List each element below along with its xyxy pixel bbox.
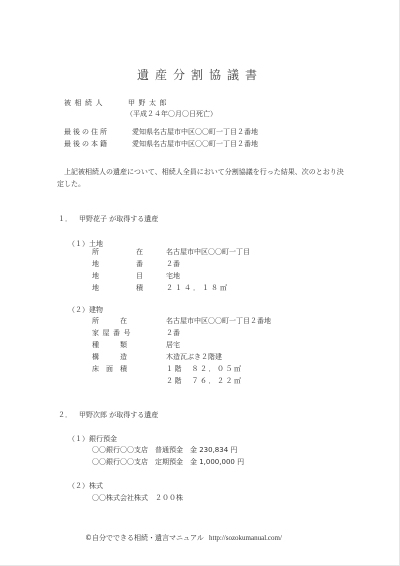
land-label-a: 所 (92, 247, 99, 258)
domicile-label: 最後の本籍 (64, 140, 109, 149)
building-value: １階 ８２．０５㎡ (166, 364, 243, 375)
stocks-heading: （２）株式 (68, 482, 103, 491)
building-value: ２番 (166, 328, 180, 339)
land-row: 地 目 宅地 (92, 271, 292, 282)
land-label-a: 地 (92, 259, 99, 270)
land-value: ２１４．１８㎡ (166, 283, 229, 294)
land-value: 名古屋市中区〇〇町一丁目 (166, 247, 250, 258)
building-label: 所 在 (92, 316, 127, 327)
death-date-note: （平成２４年〇月〇日死亡） (126, 110, 217, 119)
deposit-item: 〇〇銀行〇〇支店 普通預金 金 230,834 円 (92, 446, 237, 455)
building-row: 種 類 居宅 (92, 340, 312, 351)
last-address-label: 最後の住所 (64, 128, 109, 137)
building-value: ２階 ７６．２２㎡ (166, 376, 243, 387)
land-label-b: 番 (136, 259, 143, 270)
building-value: 名古屋市中区〇〇町一丁目２番地 (166, 316, 271, 327)
land-value: ２番 (166, 259, 180, 270)
building-value: 木造瓦ぶき２階建 (166, 352, 222, 363)
building-value: 居宅 (166, 340, 180, 351)
building-row: 構 造 木造瓦ぶき２階建 (92, 352, 312, 363)
section-1-number: １． (58, 215, 72, 224)
footer-credit: ©自分でできる相続・遺言マニュアル (85, 534, 204, 543)
land-label-a: 地 (92, 283, 99, 294)
footer-url[interactable]: http://sozokumanual.com/ (209, 534, 282, 543)
land-label-a: 地 (92, 271, 99, 282)
preamble-line-2: 定した。 (57, 180, 85, 189)
decedent-name: 甲野太郎 (128, 99, 170, 108)
section-2-heading: 甲野次郎 が取得する遺産 (79, 411, 158, 420)
deposit-item: 〇〇銀行〇〇支店 定期預金 金 1,000,000 円 (92, 458, 244, 467)
building-label: 床 面 積 (92, 364, 127, 375)
building-row: 所 在 名古屋市中区〇〇町一丁目２番地 (92, 316, 312, 327)
building-heading: （２）建物 (68, 306, 103, 315)
section-2-number: ２． (58, 411, 72, 420)
building-label: 種 類 (92, 340, 127, 351)
building-label: 家屋番号 (92, 328, 134, 339)
preamble-line-1: 上記被相続人の遺産について、相続人全員において分割協議を行った結果、次のとおり決 (64, 168, 344, 177)
document-page: 遺産分割協議書 被相続人 甲野太郎 （平成２４年〇月〇日死亡） 最後の住所 愛知… (0, 0, 400, 566)
document-title: 遺産分割協議書 (0, 66, 400, 83)
stock-item: 〇〇株式会社株式 ２００株 (92, 494, 183, 503)
domicile-value: 愛知県名古屋市中区〇〇町一丁目２番地 (132, 140, 258, 149)
land-value: 宅地 (166, 271, 180, 282)
land-label-b: 在 (136, 247, 143, 258)
land-row: 所 在 名古屋市中区〇〇町一丁目 (92, 247, 292, 258)
last-address-value: 愛知県名古屋市中区〇〇町一丁目２番地 (132, 128, 258, 137)
section-1-heading: 甲野花子 が取得する遺産 (79, 215, 158, 224)
building-row: 家屋番号 ２番 (92, 328, 312, 339)
building-row: ２階 ７６．２２㎡ (92, 376, 312, 387)
building-label: 構 造 (92, 352, 127, 363)
decedent-label: 被相続人 (64, 99, 106, 108)
building-row: 床 面 積 １階 ８２．０５㎡ (92, 364, 312, 375)
land-label-b: 目 (136, 271, 143, 282)
land-row: 地 積 ２１４．１８㎡ (92, 283, 292, 294)
deposits-heading: （１）銀行預金 (68, 435, 117, 444)
land-label-b: 積 (136, 283, 143, 294)
land-row: 地 番 ２番 (92, 259, 292, 270)
